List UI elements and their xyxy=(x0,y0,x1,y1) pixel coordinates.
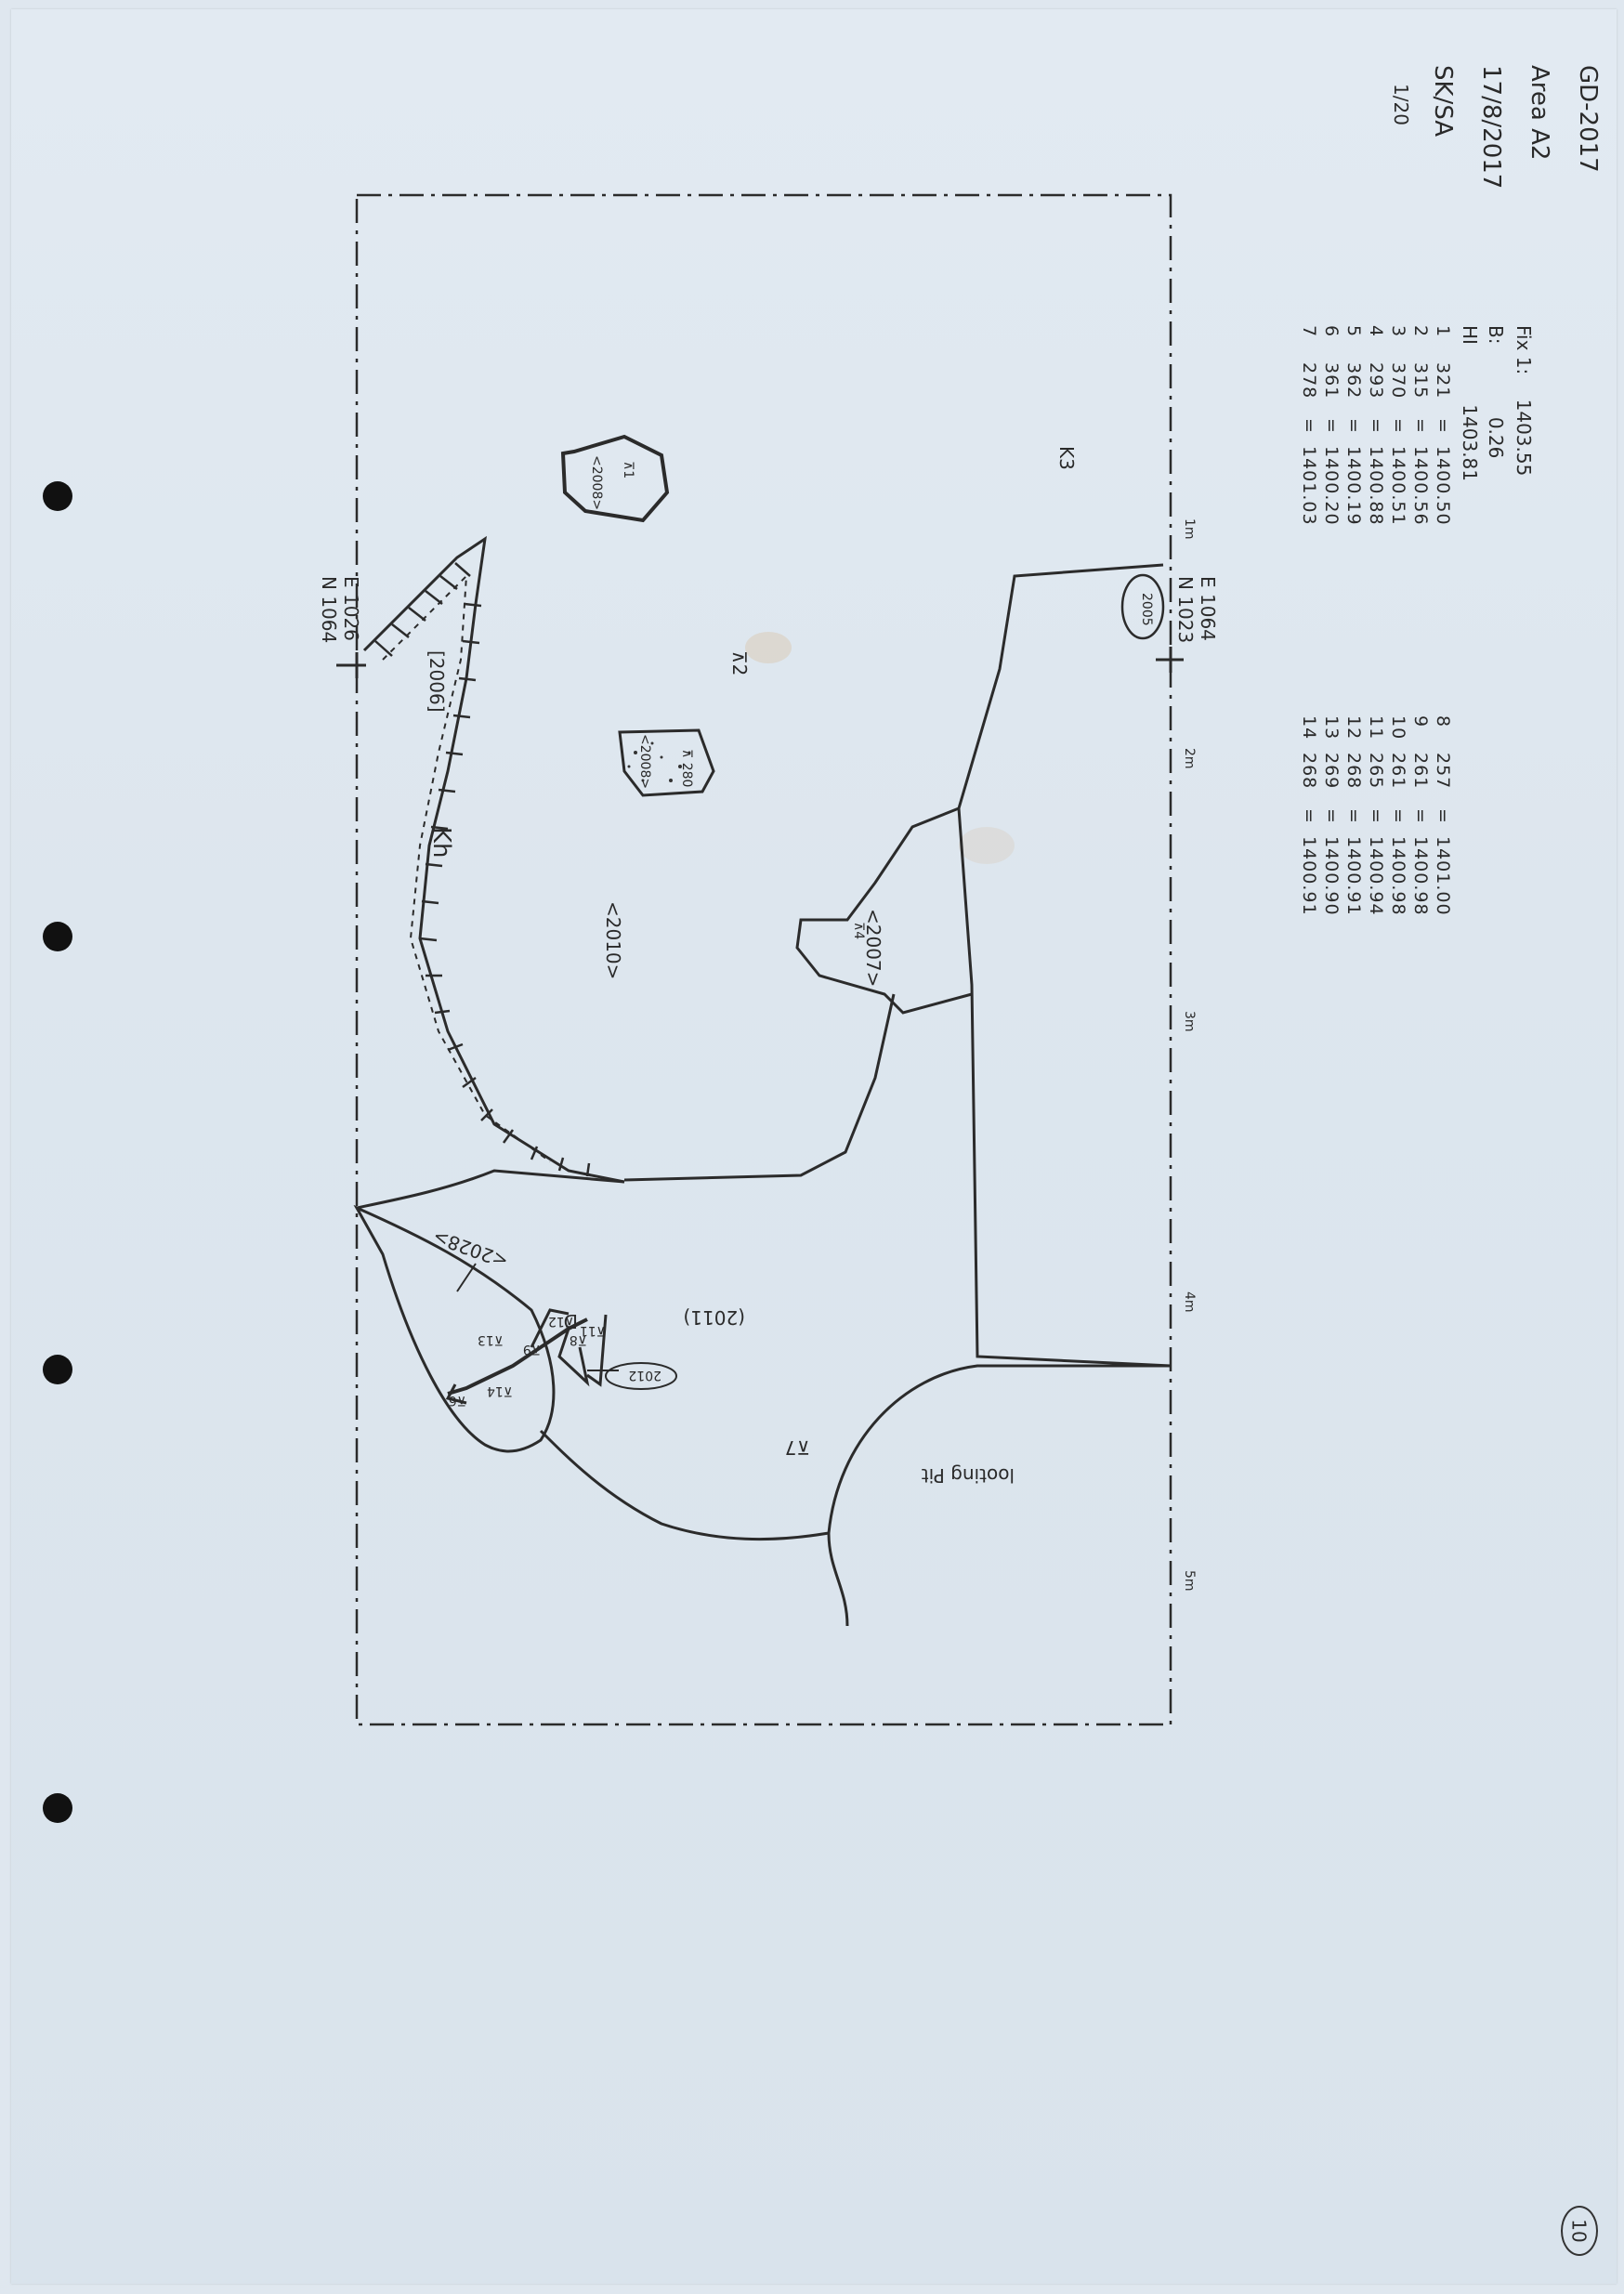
equals-sign: = xyxy=(1410,808,1431,836)
scale-tick: 4m xyxy=(1182,1291,1197,1313)
point-height: 1401.00 xyxy=(1433,836,1453,916)
level-row: 1321=1400.50 xyxy=(1433,325,1453,526)
context-2005: 2005 xyxy=(1139,593,1154,626)
staff-reading: 315 xyxy=(1410,362,1431,418)
page-number: 10 xyxy=(1561,2206,1598,2256)
scale-tick: 2m xyxy=(1182,748,1197,769)
point-number: 7 xyxy=(1299,325,1319,362)
context-2008-top: <2008> xyxy=(589,455,604,510)
level-marker-1: ⊼1 xyxy=(621,461,635,478)
point-height: 1400.50 xyxy=(1433,446,1453,526)
staff-reading: 278 xyxy=(1299,362,1319,418)
level-marker-11: ⊼11 xyxy=(580,1323,606,1338)
fix-value: 1403.55 xyxy=(1513,400,1535,477)
equals-sign: = xyxy=(1343,418,1364,446)
context-2010: <2010> xyxy=(602,901,624,979)
level-marker-14: ⊼14 xyxy=(487,1383,513,1398)
level-marker-3: K3 xyxy=(1055,446,1078,470)
level-row: 8257=1401.00 xyxy=(1433,715,1453,916)
point-number: 14 xyxy=(1299,715,1319,753)
staff-reading: 361 xyxy=(1321,362,1342,418)
point-number: 11 xyxy=(1366,715,1386,753)
drawing-date: 17/8/2017 xyxy=(1477,65,1505,189)
level-marker-6: ⊼6 xyxy=(449,1393,466,1408)
level-row: 3370=1400.51 xyxy=(1388,325,1408,526)
fix-point: Fix 1: 1403.55 xyxy=(1513,325,1535,476)
wall-label-kh: Kh xyxy=(427,827,455,859)
scale-tick: 5m xyxy=(1182,1570,1197,1592)
point-height: 1401.03 xyxy=(1299,446,1319,526)
staff-reading: 370 xyxy=(1388,362,1408,418)
equals-sign: = xyxy=(1321,418,1342,446)
grid-corner-nw-e: E 1026 xyxy=(340,576,362,641)
point-number: 8 xyxy=(1433,715,1453,753)
point-height: 1400.19 xyxy=(1343,446,1364,526)
equals-sign: = xyxy=(1321,808,1342,836)
level-marker-9: ⊼9 xyxy=(523,1342,541,1357)
equals-sign: = xyxy=(1343,808,1364,836)
point-height: 1400.91 xyxy=(1299,836,1319,916)
level-row: 12268=1400.91 xyxy=(1343,715,1364,916)
point-number: 2 xyxy=(1410,325,1431,362)
level-row: 4293=1400.88 xyxy=(1366,325,1386,526)
staff-reading: 321 xyxy=(1433,362,1453,418)
feature-label-d: D xyxy=(564,1310,578,1332)
staff-reading: 257 xyxy=(1433,753,1453,808)
drawing-sheet: GD-2017 Area A2 17/8/2017 SK/SA 1/20 Fix… xyxy=(11,9,1617,2284)
level-marker-13: ⊼13 xyxy=(478,1332,504,1347)
staff-reading: 265 xyxy=(1366,753,1386,808)
grid-corner-nw-n: N 1064 xyxy=(318,576,340,643)
level-row: 13269=1400.90 xyxy=(1321,715,1342,916)
staff-reading: 362 xyxy=(1343,362,1364,418)
equals-sign: = xyxy=(1366,418,1386,446)
project-code: GD-2017 xyxy=(1574,65,1602,173)
point-height: 1400.91 xyxy=(1343,836,1364,916)
equals-sign: = xyxy=(1433,418,1453,446)
level-row: 9261=1400.98 xyxy=(1410,715,1431,916)
level-row: 11265=1400.94 xyxy=(1366,715,1386,916)
drawing-scale: 1/20 xyxy=(1390,84,1412,125)
point-height: 1400.98 xyxy=(1388,836,1408,916)
grid-corner-ne-n: N 1023 xyxy=(1174,576,1197,643)
point-number: 5 xyxy=(1343,325,1364,362)
context-2006: [2006] xyxy=(426,650,448,713)
grid-corner-ne-e: E 1064 xyxy=(1197,576,1219,641)
point-height: 1400.20 xyxy=(1321,446,1342,526)
level-marker-4: ⊼4 xyxy=(851,922,866,939)
level-row: 14268=1400.91 xyxy=(1299,715,1319,916)
staff-reading: 268 xyxy=(1343,753,1364,808)
context-2007: <2007> xyxy=(862,909,884,987)
backsight: B: 0.26 xyxy=(1485,325,1507,458)
level-row: 2315=1400.56 xyxy=(1410,325,1431,526)
point-height: 1400.51 xyxy=(1388,446,1408,526)
point-number: 10 xyxy=(1388,715,1408,753)
equals-sign: = xyxy=(1299,418,1319,446)
level-row: 7278=1401.03 xyxy=(1299,325,1319,526)
point-number: 12 xyxy=(1343,715,1364,753)
point-number: 3 xyxy=(1388,325,1408,362)
context-2008-bottom: <2008> xyxy=(637,734,652,789)
staff-reading: 293 xyxy=(1366,362,1386,418)
looting-pit-label: looting Pit xyxy=(922,1464,1015,1487)
point-height: 1400.98 xyxy=(1410,836,1431,916)
point-number: 6 xyxy=(1321,325,1342,362)
point-number: 1 xyxy=(1433,325,1453,362)
equals-sign: = xyxy=(1299,808,1319,836)
equals-sign: = xyxy=(1388,418,1408,446)
equals-sign: = xyxy=(1433,808,1453,836)
point-height: 1400.94 xyxy=(1366,836,1386,916)
fix-label: Fix 1: xyxy=(1513,325,1535,374)
equals-sign: = xyxy=(1366,808,1386,836)
level-marker-7: ⊼7 xyxy=(785,1436,810,1459)
point-height: 1400.56 xyxy=(1410,446,1431,526)
area-name: Area A2 xyxy=(1526,65,1553,160)
point-number: 9 xyxy=(1410,715,1431,753)
equals-sign: = xyxy=(1410,418,1431,446)
level-marker-2: ⊼2 xyxy=(728,650,751,675)
scale-tick: 3m xyxy=(1182,1011,1197,1032)
context-2012: 2012 xyxy=(628,1368,661,1383)
recorders: SK/SA xyxy=(1429,65,1457,137)
level-row: 5362=1400.19 xyxy=(1343,325,1364,526)
point-number: 4 xyxy=(1366,325,1386,362)
context-2011: (2011) xyxy=(683,1306,745,1329)
staff-reading: 269 xyxy=(1321,753,1342,808)
point-number: 13 xyxy=(1321,715,1342,753)
level-marker-280: ⊼ 280 xyxy=(679,749,694,787)
level-row: 10261=1400.98 xyxy=(1388,715,1408,916)
staff-reading: 261 xyxy=(1410,753,1431,808)
point-height: 1400.88 xyxy=(1366,446,1386,526)
equals-sign: = xyxy=(1388,808,1408,836)
point-height: 1400.90 xyxy=(1321,836,1342,916)
staff-reading: 261 xyxy=(1388,753,1408,808)
level-row: 6361=1400.20 xyxy=(1321,325,1342,526)
staff-reading: 268 xyxy=(1299,753,1319,808)
scale-tick: 1m xyxy=(1182,518,1197,540)
instrument-height: HI 1403.81 xyxy=(1459,325,1481,481)
